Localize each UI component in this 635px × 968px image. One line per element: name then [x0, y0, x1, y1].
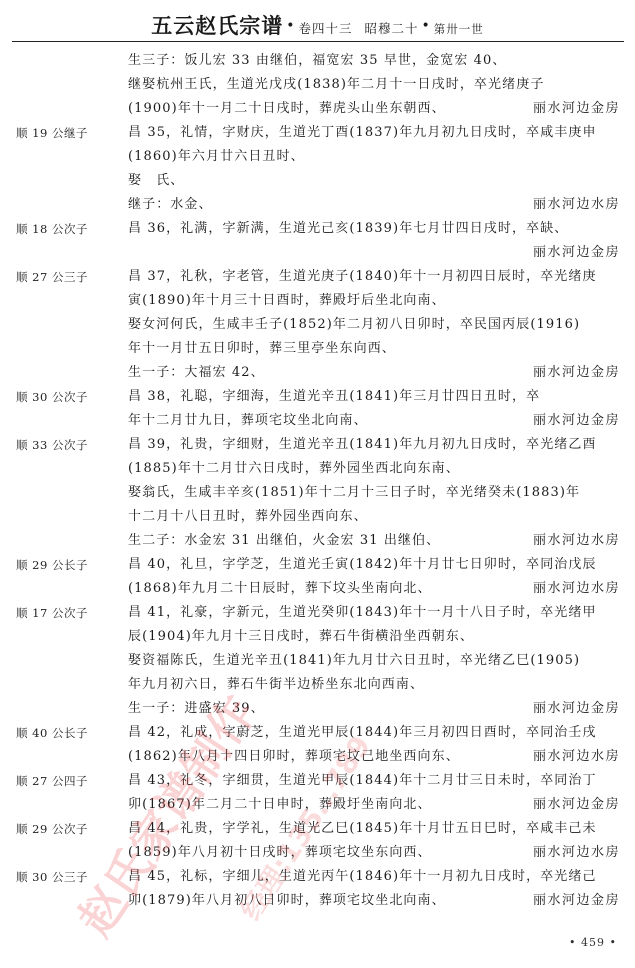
- entry-text: 生二子：水金宏 31 出继伯，火金宏 31 出继伯、: [128, 529, 440, 553]
- entry-line: 顺 17 公次子昌 41，礼豪，字新元，生道光癸卯(1843)年十一月十八日子时…: [0, 601, 635, 625]
- entry-text: 昌 35，礼情，字财庆，生道光丁酉(1837)年九月初九日戌时，卒咸丰庚申: [128, 121, 597, 145]
- entry-text: 昌 41，礼豪，字新元，生道光癸卯(1843)年十一月十八日子时，卒光绪甲: [128, 601, 597, 625]
- entry-text: 生一子：大福宏 42、: [128, 361, 265, 385]
- house-branch: 丽水河边水房: [533, 193, 620, 217]
- entry-text: (1868)年九月二十日辰时，葬下坟头坐南向北、: [128, 577, 432, 601]
- entry-line: 顺 18 公次子昌 36，礼满，字新满，生道光己亥(1839)年七月廿四日戌时，…: [0, 217, 635, 241]
- entry-line: 十二月十八日丑时，葬外园坐西向东、: [0, 505, 635, 529]
- section-label: 昭穆二十: [365, 21, 419, 36]
- house-branch: 丽水河边水房: [533, 577, 620, 601]
- house-branch: 丽水河边金房: [533, 793, 620, 817]
- entry-line: 顺 19 公继子昌 35，礼情，字财庆，生道光丁酉(1837)年九月初九日戌时，…: [0, 121, 635, 145]
- entry-line: 顺 33 公次子昌 39，礼贵，字细财，生道光辛丑(1841)年九月初九日戌时，…: [0, 433, 635, 457]
- entry-text: 年十二月廿九日，葬项宅坟坐北向南、: [128, 409, 368, 433]
- entry-line: (1860)年六月廿六日丑时、: [0, 145, 635, 169]
- book-title: 五云赵氏宗谱: [151, 13, 283, 38]
- header-separator-2: •: [422, 18, 430, 34]
- entry-text: 娶翁氏，生咸丰辛亥(1851)年十二月十三日子时，卒光绪癸未(1883)年: [128, 481, 580, 505]
- lineage-label: 顺 27 公三子: [16, 265, 88, 289]
- entry-text: 年九月初六日，葬石牛街半边桥坐东北向西南、: [128, 673, 424, 697]
- entry-text: (1900)年十一月二十日戌时，葬虎头山坐东朝西、: [128, 97, 446, 121]
- entry-text: 昌 40，礼旦，字学芝，生道光壬寅(1842)年十月廿七日卯时，卒同治戊辰: [128, 553, 597, 577]
- entry-text: 昌 45，礼标，字细儿，生道光丙午(1846)年十一月初九日戌时，卒光绪己: [128, 865, 597, 889]
- house-branch: 丽水河边金房: [533, 97, 620, 121]
- lineage-label: 顺 29 公长子: [16, 553, 88, 577]
- entry-line: 卯(1879)年八月初八日卯时，葬项宅坟坐北向南、丽水河边金房: [0, 889, 635, 913]
- entry-line: 卯(1867)年二月二十日申时，葬殿圩坐南向北、丽水河边金房: [0, 793, 635, 817]
- lineage-label: 顺 29 公次子: [16, 817, 88, 841]
- house-branch: 丽水河边金房: [533, 409, 620, 433]
- lineage-label: 顺 30 公次子: [16, 385, 88, 409]
- entry-line: 年十二月廿九日，葬项宅坟坐北向南、丽水河边金房: [0, 409, 635, 433]
- entry-text: 昌 39，礼贵，字细财，生道光辛丑(1841)年九月初九日戌时，卒光绪乙酉: [128, 433, 597, 457]
- lineage-label: 顺 17 公次子: [16, 601, 88, 625]
- entry-line: 生一子：进盛宏 39、丽水河边金房: [0, 697, 635, 721]
- entry-line: 娶翁氏，生咸丰辛亥(1851)年十二月十三日子时，卒光绪癸未(1883)年: [0, 481, 635, 505]
- entry-text: 昌 36，礼满，字新满，生道光己亥(1839)年七月廿四日戌时，卒缺、: [128, 217, 568, 241]
- entry-text: 娶 氏、: [128, 169, 184, 193]
- lineage-label: 顺 40 公长子: [16, 721, 88, 745]
- house-branch: 丽水河边水房: [533, 529, 620, 553]
- entry-line: 丽水河边金房: [0, 241, 635, 265]
- house-branch: 丽水河边金房: [533, 241, 620, 265]
- entry-text: 生三子：饭儿宏 33 由继伯，福宽宏 35 早世，金宽宏 40、: [128, 49, 507, 73]
- entry-text: 昌 44，礼贵，字学礼，生道光乙巳(1845)年十月廿五日巳时，卒咸丰己未: [128, 817, 597, 841]
- generation-label: 第卅一世: [434, 22, 484, 36]
- entry-text: 继娶杭州王氏，生道光戊戌(1838)年二月十一日戌时，卒光绪庚子: [128, 73, 544, 97]
- entry-line: 顺 40 公长子昌 42，礼成，字蔚芝，生道光甲辰(1844)年三月初四日酉时，…: [0, 721, 635, 745]
- header-separator: •: [286, 18, 294, 34]
- entry-line: 顺 30 公三子昌 45，礼标，字细儿，生道光丙午(1846)年十一月初九日戌时…: [0, 865, 635, 889]
- lineage-label: 顺 30 公三子: [16, 865, 88, 889]
- house-branch: 丽水河边金房: [533, 361, 620, 385]
- entry-line: 辰(1904)年九月十三日戌时，葬石牛街横沿坐西朝东、: [0, 625, 635, 649]
- entry-line: (1862)年八月十四日卯时，葬项宅坟己地坐西向东、丽水河边水房: [0, 745, 635, 769]
- entry-text: 昌 38，礼聪，字细海，生道光辛丑(1841)年三月廿四日丑时，卒: [128, 385, 540, 409]
- entry-text: 十二月十八日丑时，葬外园坐西向东、: [128, 505, 368, 529]
- volume-label: 卷四十三: [298, 21, 352, 36]
- entry-text: (1860)年六月廿六日丑时、: [128, 145, 305, 169]
- lineage-label: 顺 27 公四子: [16, 769, 88, 793]
- entry-line: 娶资福陈氏，生道光辛丑(1841)年九月廿六日丑时，卒光绪乙巳(1905): [0, 649, 635, 673]
- entry-line: 顺 30 公次子昌 38，礼聪，字细海，生道光辛丑(1841)年三月廿四日丑时，…: [0, 385, 635, 409]
- entry-line: 继娶杭州王氏，生道光戊戌(1838)年二月十一日戌时，卒光绪庚子: [0, 73, 635, 97]
- entry-line: (1859)年八月初十日戌时，葬项宅坟坐东向西、丽水河边水房: [0, 841, 635, 865]
- header-rule: [12, 41, 624, 42]
- entry-text: 娶女河何氏，生咸丰壬子(1852)年二月初八日卯时，卒民国丙辰(1916): [128, 313, 580, 337]
- house-branch: 丽水河边金房: [533, 889, 620, 913]
- entry-text: (1885)年十二月廿六日戌时，葬外园坐西北向东南、: [128, 457, 460, 481]
- entry-line: 年十一月廿五日卯时，葬三里亭坐东向西、: [0, 337, 635, 361]
- entry-text: 继子：水金、: [128, 193, 213, 217]
- entry-line: 生二子：水金宏 31 出继伯，火金宏 31 出继伯、丽水河边水房: [0, 529, 635, 553]
- entry-line: 顺 29 公长子昌 40，礼旦，字学芝，生道光壬寅(1842)年十月廿七日卯时，…: [0, 553, 635, 577]
- lineage-label: 顺 18 公次子: [16, 217, 88, 241]
- entry-text: 寅(1890)年十月三十日酉时，葬殿圩后坐北向南、: [128, 289, 446, 313]
- house-branch: 丽水河边水房: [533, 745, 620, 769]
- entry-text: 生一子：进盛宏 39、: [128, 697, 265, 721]
- entry-text: 年十一月廿五日卯时，葬三里亭坐东向西、: [128, 337, 396, 361]
- entry-text: (1859)年八月初十日戌时，葬项宅坟坐东向西、: [128, 841, 432, 865]
- entry-line: (1900)年十一月二十日戌时，葬虎头山坐东朝西、丽水河边金房: [0, 97, 635, 121]
- page-header: 五云赵氏宗谱•卷四十三昭穆二十•第卅一世: [0, 10, 635, 40]
- entry-line: 生三子：饭儿宏 33 由继伯，福宽宏 35 早世，金宽宏 40、: [0, 49, 635, 73]
- entry-line: 年九月初六日，葬石牛街半边桥坐东北向西南、: [0, 673, 635, 697]
- entry-text: 辰(1904)年九月十三日戌时，葬石牛街横沿坐西朝东、: [128, 625, 474, 649]
- entry-line: 顺 29 公次子昌 44，礼贵，字学礼，生道光乙巳(1845)年十月廿五日巳时，…: [0, 817, 635, 841]
- entry-text: 娶资福陈氏，生道光辛丑(1841)年九月廿六日丑时，卒光绪乙巳(1905): [128, 649, 580, 673]
- entry-text: 昌 37，礼秋，字老管，生道光庚子(1840)年十一月初四日辰时，卒光绪庚: [128, 265, 597, 289]
- entry-text: 卯(1867)年二月二十日申时，葬殿圩坐南向北、: [128, 793, 432, 817]
- entry-line: (1885)年十二月廿六日戌时，葬外园坐西北向东南、: [0, 457, 635, 481]
- entry-line: 顺 27 公四子昌 43，礼冬，字细贯，生道光甲辰(1844)年十二月廿三日未时…: [0, 769, 635, 793]
- entry-line: 生一子：大福宏 42、丽水河边金房: [0, 361, 635, 385]
- entry-text: 卯(1879)年八月初八日卯时，葬项宅坟坐北向南、: [128, 889, 446, 913]
- house-branch: 丽水河边水房: [533, 841, 620, 865]
- house-branch: 丽水河边金房: [533, 697, 620, 721]
- page-number: • 459 •: [569, 936, 617, 949]
- entry-line: 寅(1890)年十月三十日酉时，葬殿圩后坐北向南、: [0, 289, 635, 313]
- entry-line: 娶女河何氏，生咸丰壬子(1852)年二月初八日卯时，卒民国丙辰(1916): [0, 313, 635, 337]
- entry-line: 娶 氏、: [0, 169, 635, 193]
- entry-line: 顺 27 公三子昌 37，礼秋，字老管，生道光庚子(1840)年十一月初四日辰时…: [0, 265, 635, 289]
- lineage-label: 顺 33 公次子: [16, 433, 88, 457]
- entry-line: 继子：水金、丽水河边水房: [0, 193, 635, 217]
- entry-text: (1862)年八月十四日卯时，葬项宅坟己地坐西向东、: [128, 745, 460, 769]
- lineage-label: 顺 19 公继子: [16, 121, 88, 145]
- entry-text: 昌 43，礼冬，字细贯，生道光甲辰(1844)年十二月廿三日未时，卒同治丁: [128, 769, 597, 793]
- entry-text: 昌 42，礼成，字蔚芝，生道光甲辰(1844)年三月初四日酉时，卒同治壬戌: [128, 721, 597, 745]
- genealogy-entries: 生三子：饭儿宏 33 由继伯，福宽宏 35 早世，金宽宏 40、 继娶杭州王氏，…: [0, 49, 635, 913]
- entry-line: (1868)年九月二十日辰时，葬下坟头坐南向北、丽水河边水房: [0, 577, 635, 601]
